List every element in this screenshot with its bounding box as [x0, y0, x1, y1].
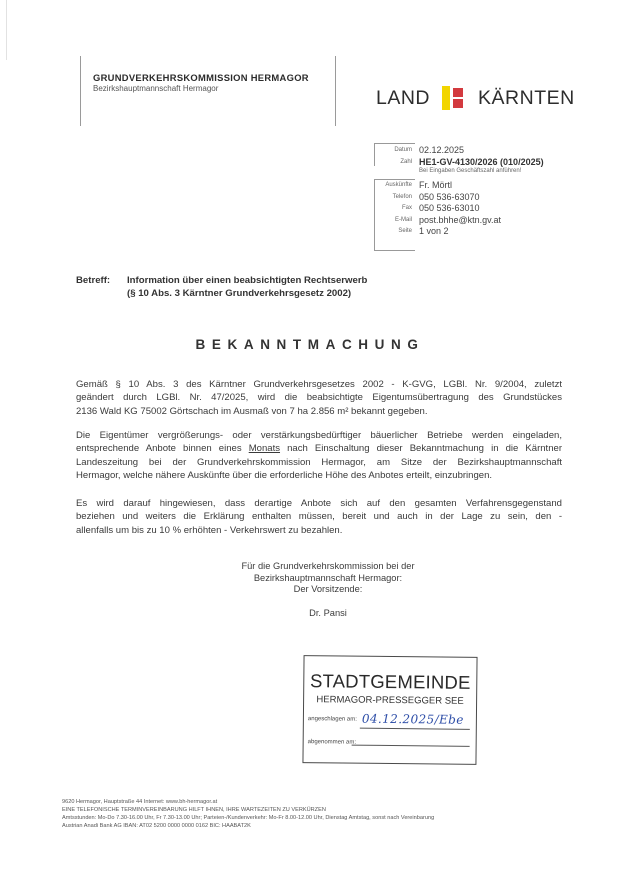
stamp-subtitle: HERMAGOR-PRESSEGGER SEE — [304, 694, 476, 707]
fax-value: 050 536-63010 — [419, 203, 480, 213]
info-row-datum: Datum 02.12.2025 — [376, 145, 576, 157]
logo-left-word: LAND — [376, 87, 430, 110]
paragraph-line: Die Eigentümer vergrößerungs- oder verst… — [76, 429, 562, 442]
paragraph-line: Gemäß § 10 Abs. 3 des Kärntner Grundverk… — [76, 378, 562, 391]
document-title: BEKANNTMACHUNG — [0, 337, 620, 352]
stamp-posted-line — [360, 728, 470, 730]
datum-label: Datum — [372, 147, 412, 153]
stamp-removed-label: abgenommen am: — [308, 739, 356, 746]
logo-right-word: KÄRNTEN — [478, 87, 575, 110]
paragraph-line: entsprechende Anbote binnen eines Monats… — [76, 442, 562, 455]
paragraph-line: 2136 Wald KG 75002 Görtschach im Ausmaß … — [76, 405, 562, 418]
paragraph-line: Landeszeitung bei der Grundverkehrskommi… — [76, 456, 562, 469]
footer: 9620 Hermagor, Hauptstraße 44 Internet: … — [62, 798, 434, 830]
document-page: GRUNDVERKEHRSKOMMISSION HERMAGOR Bezirks… — [0, 0, 620, 878]
info-row-email: E-Mail post.bhhe@ktn.gv.at — [376, 215, 576, 227]
paragraph-line: Hermagor, welche nähere Auskünfte über d… — [76, 469, 562, 482]
paragraph-line: allenfalls um bis zu 10 % erhöhten - Ver… — [76, 524, 562, 537]
scan-edge — [6, 0, 7, 60]
department-name: Bezirkshauptmannschaft Hermagor — [93, 84, 218, 93]
info-row-telefon: Telefon 050 536-63070 — [376, 192, 576, 204]
paragraph-legal-basis: Gemäß § 10 Abs. 3 des Kärntner Grundverk… — [76, 378, 562, 418]
auskuenfte-value: Fr. Mörtl — [419, 180, 452, 190]
email-label: E-Mail — [372, 217, 412, 223]
telefon-value: 050 536-63070 — [419, 192, 480, 202]
underlined-deadline: Monats — [249, 443, 280, 454]
datum-value: 02.12.2025 — [419, 145, 464, 155]
paragraph-line: Es wird darauf hingewiesen, dass derarti… — [76, 497, 562, 510]
municipal-stamp: STADTGEMEINDE HERMAGOR-PRESSEGGER SEE an… — [302, 655, 477, 765]
signature-line-3: Der Vorsitzende: — [0, 584, 620, 596]
land-kaernten-logo: LAND KÄRNTEN — [376, 86, 575, 110]
paragraph-invitation: Die Eigentümer vergrößerungs- oder verst… — [76, 429, 562, 482]
info-row-note: Bei Eingaben Geschäftszahl anführen! — [376, 168, 576, 180]
auskuenfte-label: Auskünfte — [372, 182, 412, 188]
zahl-value: HE1-GV-4130/2026 (010/2025) — [419, 157, 544, 167]
subject-line-1: Information über einen beabsichtigten Re… — [127, 275, 367, 286]
sender-block: GRUNDVERKEHRSKOMMISSION HERMAGOR Bezirks… — [80, 56, 336, 126]
text-fragment: entsprechende Anbote binnen eines — [76, 443, 249, 454]
paragraph-line: beziehen und weiters die Erklärung entha… — [76, 510, 562, 523]
signatory-name: Dr. Pansi — [0, 608, 620, 620]
info-row-zahl: Zahl HE1-GV-4130/2026 (010/2025) — [376, 157, 576, 169]
seite-value: 1 von 2 — [419, 226, 449, 236]
reference-info-table: Datum 02.12.2025 Zahl HE1-GV-4130/2026 (… — [376, 145, 576, 238]
footer-line-address: 9620 Hermagor, Hauptstraße 44 Internet: … — [62, 798, 434, 806]
email-value: post.bhhe@ktn.gv.at — [419, 215, 501, 225]
footer-line-bank: Austrian Anadi Bank AG IBAN: AT02 5200 0… — [62, 822, 434, 830]
telefon-label: Telefon — [372, 194, 412, 200]
stamp-title: STADTGEMEINDE — [304, 670, 476, 694]
info-row-fax: Fax 050 536-63010 — [376, 203, 576, 215]
text-fragment: nach Einschaltung dieser Bekanntmachung … — [280, 443, 562, 454]
stamp-removed-line — [352, 745, 470, 747]
reference-note: Bei Eingaben Geschäftszahl anführen! — [419, 168, 521, 174]
paragraph-line: geändert durch LGBl. Nr. 47/2025, wird d… — [76, 391, 562, 404]
stamp-posted-label: angeschlagen am: — [308, 716, 357, 723]
subject-line-2: (§ 10 Abs. 3 Kärntner Grundverkehrsgeset… — [127, 288, 351, 299]
stamp-posted-handwriting: 04.12.2025/Ebe — [362, 712, 464, 727]
footer-line-notice: EINE TELEFONISCHE TERMINVEREINBARUNG HIL… — [62, 806, 434, 814]
info-row-seite: Seite 1 von 2 — [376, 226, 576, 238]
coat-of-arms-icon — [442, 86, 466, 110]
paragraph-notice: Es wird darauf hingewiesen, dass derarti… — [76, 497, 562, 537]
subject-key: Betreff: — [76, 275, 110, 286]
footer-line-hours: Amtsstunden: Mo-Do 7.30-16.00 Uhr, Fr 7.… — [62, 814, 434, 822]
signature-line-1: Für die Grundverkehrskommission bei der — [0, 561, 620, 573]
organization-name: GRUNDVERKEHRSKOMMISSION HERMAGOR — [93, 72, 309, 83]
zahl-label: Zahl — [372, 159, 412, 165]
fax-label: Fax — [372, 205, 412, 211]
info-row-auskuenfte: Auskünfte Fr. Mörtl — [376, 180, 576, 192]
seite-label: Seite — [372, 228, 412, 234]
signature-line-2: Bezirkshauptmannschaft Hermagor: — [0, 573, 620, 585]
signature-block: Für die Grundverkehrskommission bei der … — [0, 561, 620, 620]
